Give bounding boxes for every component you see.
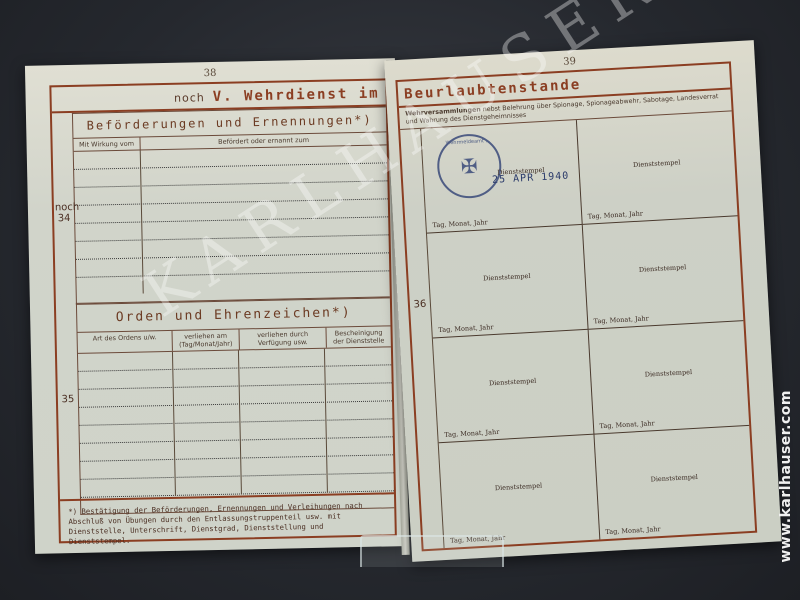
- promotions-section: Beförderungen und Ernennungen*) Mit Wirk…: [72, 106, 390, 305]
- date-label: Tag, Monat, Jahr: [444, 428, 500, 439]
- column-header: verliehen durch Verfügung usw.: [239, 328, 326, 350]
- stamp-cell: Dienststempel Tag, Monat, Jahr: [427, 225, 588, 339]
- stamp-label: Dienststempel: [579, 155, 735, 172]
- award-rows: 35: [78, 347, 394, 498]
- stamp-cell: Dienststempel Tag, Monat, Jahr: [582, 216, 743, 330]
- side-number: noch 34: [55, 202, 73, 224]
- header-prefix: noch: [174, 91, 205, 105]
- column-header: Mit Wirkung vom: [73, 138, 140, 151]
- stamp-label: Dienststempel: [435, 373, 590, 390]
- footnote: *) Bestätigung der Beförderungen, Ernenn…: [60, 492, 395, 541]
- column-header: verliehen am (Tag/Monat/Jahr): [173, 329, 240, 350]
- stamp-grid: 36 Wehrmeldeamt ... ✠ Dienststempel 25 A…: [420, 111, 755, 548]
- watermark-url: www.karlhauser.com: [778, 390, 794, 563]
- stamp-label: Dienststempel: [585, 260, 741, 277]
- official-stamp: Wehrmeldeamt ... ✠: [436, 132, 503, 199]
- left-page: 38 noch V. Wehrdienst im Beförderungen u…: [25, 58, 405, 554]
- stamp-label: Dienststempel: [429, 269, 584, 286]
- date-label: Tag, Monat, Jahr: [432, 218, 488, 229]
- awards-section: Orden und Ehrenzeichen*) Art des Ordens …: [76, 296, 394, 515]
- date-label: Tag, Monat, Jahr: [438, 323, 494, 334]
- stamp-cell: Dienststempel Tag, Monat, Jahr: [588, 321, 749, 435]
- date-label: Tag, Monat, Jahr: [599, 419, 655, 430]
- stamp-ring-text: Wehrmeldeamt ...: [438, 138, 498, 147]
- header-title: V. Wehrdienst im: [213, 86, 380, 105]
- stamp-label: Dienststempel: [596, 470, 752, 487]
- date-label: Tag, Monat, Jahr: [593, 314, 649, 325]
- right-page: 39 Beurlaubtenstande Wehrversammlungen n…: [384, 40, 781, 562]
- stamp-cell: Wehrmeldeamt ... ✠ Dienststempel 25 APR …: [421, 120, 582, 234]
- stamp-cell: Dienststempel Tag, Monat, Jahr: [594, 426, 755, 540]
- page-frame: noch V. Wehrdienst im Beförderungen und …: [49, 78, 397, 543]
- stamp-label: Dienststempel: [441, 479, 596, 496]
- side-number: 35: [59, 394, 77, 405]
- column-header: Bescheinigung der Dienststelle: [326, 326, 390, 347]
- column-header: Art des Ordens u/w.: [78, 331, 173, 353]
- stamp-cell: Dienststempel Tag, Monat, Jahr: [576, 111, 737, 225]
- stamp-cell: Dienststempel Tag, Monat, Jahr: [439, 435, 600, 549]
- side-number: 36: [411, 299, 430, 311]
- page-frame: Beurlaubtenstande Wehrversammlungen nebs…: [395, 61, 757, 551]
- promotion-rows: noch 34: [74, 145, 390, 295]
- stamp-cell: Dienststempel Tag, Monat, Jahr: [433, 330, 594, 444]
- stamp-label: Dienststempel: [591, 365, 747, 382]
- date-label: Tag, Monat, Jahr: [588, 210, 644, 221]
- date-label: Tag, Monat, Jahr: [605, 525, 661, 536]
- acrylic-display-stand: [360, 535, 504, 567]
